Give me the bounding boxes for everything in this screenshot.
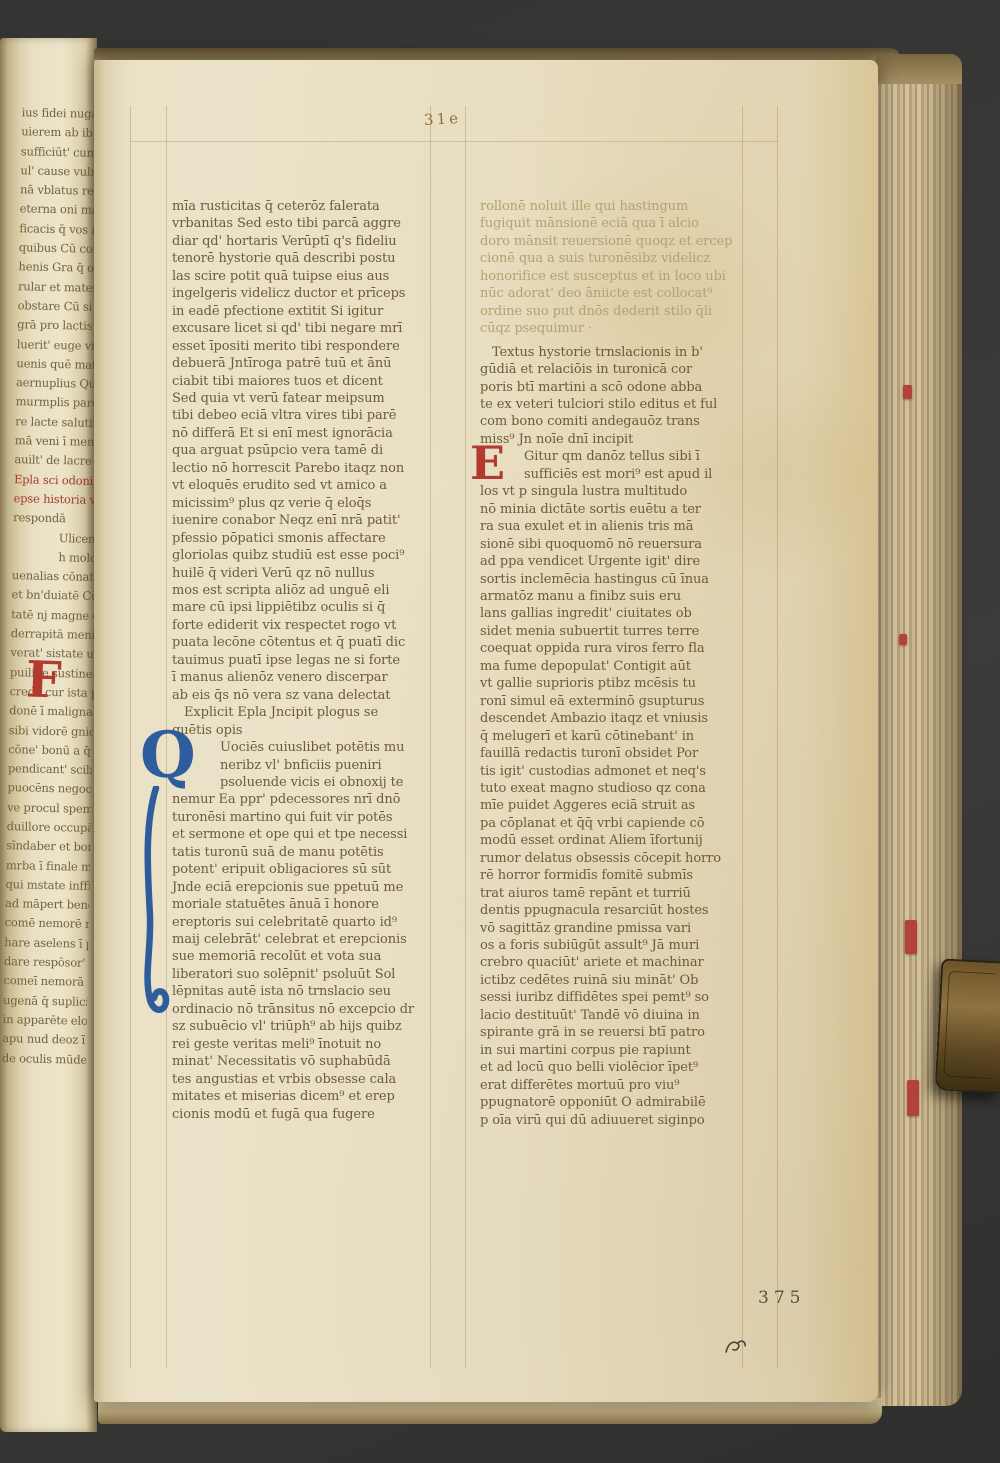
ink-flourish-mark (720, 1334, 750, 1359)
marginal-text-fragment: obstare Cū si val i amat (17, 296, 101, 317)
red-bookmark-tab (903, 385, 912, 399)
manuscript-text-line: gūdiā et relaciōis in turonicā cor (480, 361, 752, 378)
manuscript-text-line: cionis modū et fugā qua fugere (172, 1106, 434, 1123)
marginal-text-fragment: in apparēte elogia sup (3, 1010, 87, 1031)
manuscript-text-line: gloriolas quibz studiū est esse poci⁹ (172, 547, 434, 564)
manuscript-text-line: puata lecōne cōtentus et q̄ puatī dic (172, 634, 434, 651)
manuscript-text-line: fauillā redactis turonī obsidet Por (480, 745, 752, 762)
manuscript-text-line: sue memoriā recolūt et vota sua (172, 948, 434, 965)
marginal-text-fragment: quibus Cū confessi cōdi (19, 238, 103, 259)
manuscript-text-line: debuerā Jntīroga patrē tuū et ānū (172, 355, 434, 372)
manuscript-text-line: rumor delatus obsessis cōcepit horro (480, 850, 752, 867)
manuscript-text-line: ingelgeris videlicz ductor et prīceps (172, 285, 434, 302)
manuscript-text-line: mīa rusticitas q̄ ceterōz falerata (172, 198, 434, 215)
red-bookmark-tab (899, 634, 907, 645)
marginal-text-fragment: aernuplius Quiq' varo q (16, 373, 100, 394)
ruling-line (130, 141, 778, 142)
marginal-text-fragment: mrba ī finale mina lōr (6, 856, 90, 877)
manuscript-text-line: Explicit Epla Jncipit plogus se (172, 704, 434, 721)
manuscript-text-line: com bono comiti andegauōz trans (480, 413, 752, 430)
ruling-line (777, 106, 778, 1368)
marginal-text-fragment: Epla sci odonis abb9 (14, 470, 98, 491)
illuminated-initial-e: E (470, 440, 505, 486)
manuscript-text-line: modū esset ordinat Aliem īfortunij (480, 832, 752, 849)
marginal-text-fragment: Ulicem bona pticulis (13, 528, 97, 549)
manuscript-text-line: esset īpositi merito tibi respondere (172, 338, 434, 355)
marginal-text-fragment: ad māpert bencsta Sup (5, 894, 89, 915)
manuscript-text-line: liberatori suo solēpnit' psoluūt Sol (172, 966, 434, 983)
manuscript-text-line: miss⁹ Jn noīe dnī incipit (480, 431, 752, 448)
manuscript-text-line: fugiquit mānsionē eciā qua ī alcio (480, 215, 752, 232)
manuscript-text-line: Uociēs cuiuslibet potētis mu (172, 739, 434, 756)
manuscript-text-line: tibi debeo eciā vltra vires tibi parē (172, 407, 434, 424)
marginal-text-fragment: sufficiūt' cum vel loquinū (21, 142, 105, 163)
marginal-text-fragment: et bn'duiatē Cū in hanc (11, 586, 95, 607)
manuscript-text-line: Jnde eciā erepcionis sue ppetuū me (172, 879, 434, 896)
marginal-text-fragment: tatē nj magne e milēto (11, 605, 95, 626)
manuscript-text-line: ab eis q̄s nō vera sz vana delectat (172, 687, 434, 704)
marginal-text-fragment: epse historia volipini m (13, 489, 97, 510)
marginal-text-fragment: uenalias cōnat' donatēs lut (12, 566, 96, 587)
marginal-text-fragment: luerit' euge vigil orb im (17, 335, 101, 356)
manuscript-text-line: Sed quia vt verū fatear meipsum (172, 390, 434, 407)
manuscript-text-line: forte ediderit vix respectet rogo vt (172, 617, 434, 634)
manuscript-text-line: ra sua exulet et in alienis tris mā (480, 518, 752, 535)
marginal-text-fragment: ve procul spemeri ī prima (7, 798, 91, 819)
manuscript-text-line: poris btī martini a scō odone abba (480, 379, 752, 396)
manuscript-text-line: in eadē pfectione extitit Si igitur (172, 303, 434, 320)
marginal-text-fragment: pendicant' scilz benī repetēt (8, 759, 92, 780)
manuscript-text-line: potent' eripuit obligaciores sū sūt (172, 861, 434, 878)
folio-mark: 31e (424, 109, 462, 129)
manuscript-text-line: sz subuēcio vl' triūph⁹ ab hijs quibz (172, 1018, 434, 1035)
marginal-text-fragment: henis Gra q̄ opē q̄ trews (18, 258, 102, 279)
manuscript-text-line: coequat oppida rura viros ferro fla (480, 640, 752, 657)
manuscript-text-line: las scire potit quā tuipse eius aus (172, 268, 434, 285)
manuscript-text-line: vt gallie suprioris ptibz mcēsis tu (480, 675, 752, 692)
manuscript-text-line: ppugnatorē opponiūt O admirabilē (480, 1094, 752, 1111)
marginal-text-fragment: uierem ab ib q̄ psida im (21, 123, 105, 144)
marginal-text-fragment: h mologmōrū fecūdis (12, 547, 96, 568)
manuscript-text-line: mos est scripta aliōz ad unguē eli (172, 582, 434, 599)
manuscript-text-line: lacio destituūt' Tandē vō diuina in (480, 1007, 752, 1024)
manuscript-text-line: trat aiuros tamē repānt et turriū (480, 885, 752, 902)
manuscript-text-line: sionē sibi quoquomō nō reuersura (480, 536, 752, 553)
manuscript-text-line: vrbanitas Sed esto tibi parcā aggre (172, 215, 434, 232)
manuscript-text-line: nō minia dictāte sortis euētu a ter (480, 501, 752, 518)
manuscript-text-line: nemur Ea ppr' pdecessores nrī dnō (172, 791, 434, 808)
manuscript-text-line: tatis turonū suā de manu potētis (172, 844, 434, 861)
marginal-text-fragment: uenis quē maternū leto q (16, 354, 100, 375)
manuscript-text-line: Textus hystorie trnslacionis in b' (480, 344, 752, 361)
manuscript-text-line: nō differā Et si enī mest ignorācia (172, 425, 434, 442)
manuscript-text-line: ciabit tibi maiores tuos et dicent (172, 373, 434, 390)
manuscript-text-line: iuenire conabor Neqz enī nrā patit' (172, 512, 434, 529)
marginal-text-fragment: de oculis mūde plā dat (2, 1049, 86, 1070)
manuscript-text-line: tuto exeat magno studioso qz cona (480, 780, 752, 797)
manuscript-text-line: nūc adorat' deo āniicte est collocat⁹ (480, 285, 752, 302)
manuscript-text-line: tes angustias et vrbis obsesse cala (172, 1071, 434, 1088)
manuscript-text-line: rollonē noluit ille qui hastingum (480, 198, 752, 215)
right-text-column: rollonē noluit ille qui hastingumfugiqu… (480, 198, 752, 1129)
manuscript-text-line: cūqz psequimur · (480, 320, 752, 337)
marginal-text-fragment: re lacte salutifera v iam (15, 412, 99, 433)
marginal-text-fragment: mā veni ī mens lerā (15, 431, 99, 452)
manuscript-text-line: lans gallias ingredit' ciuitates ob (480, 605, 752, 622)
manuscript-text-line: vt eloquēs erudito sed vt amico a (172, 477, 434, 494)
manuscript-text-line: excusare licet si qd' tibi negare mrī (172, 320, 434, 337)
initial-q-tail-flourish (138, 786, 172, 1036)
red-bookmark-tab (905, 920, 917, 954)
leather-clasp-strap (935, 958, 1000, 1093)
manuscript-text-line: dentis ppugnacula resarciūt hostes (480, 902, 752, 919)
manuscript-text-line: mīe puidet Aggeres eciā struit as (480, 797, 752, 814)
marginal-text-fragment: respondā (13, 508, 97, 529)
ruling-line (130, 106, 131, 1368)
ruling-line (465, 106, 466, 1368)
marginal-text-fragment: ul' cause vulnus obiecit (20, 161, 104, 182)
manuscript-text-line: neribz vl' bnficiis pueniri (172, 757, 434, 774)
manuscript-text-line: pa cōplanat et q̄q̄ vrbi capiende cō (480, 815, 752, 832)
manuscript-text-line: ma fume depopulat' Contigit aūt (480, 658, 752, 675)
manuscript-text-line: sidet menia subuertit turres terre (480, 623, 752, 640)
manuscript-text-line: micissim⁹ plus qz verie q̄ eloq̄s (172, 495, 434, 512)
marginal-text-fragment: dare respōsor' ad amicā (4, 952, 88, 973)
manuscript-text-line: ictibz cedētes ruinā siu mināt' Ob (480, 972, 752, 989)
manuscript-text-line: ad ppa vendicet Urgente igit' dire (480, 553, 752, 570)
manuscript-text-line: tauimus puatī ipse legas ne si forte (172, 652, 434, 669)
marginal-text-fragment: ficacis q̄ vos mī a vera (19, 219, 103, 240)
book-fore-edge-corner (876, 54, 962, 84)
manuscript-text-line: spirante grā in se reuersi btī patro (480, 1024, 752, 1041)
marginal-text-fragment: rular et maternas pabe t (18, 277, 102, 298)
marginal-text-fragment: nā vblatus repetine q̄ (20, 180, 104, 201)
manuscript-text-line: in sui martini corpus pie rapiunt (480, 1042, 752, 1059)
marginal-text-fragment: sīndaber et bon historiā se (6, 836, 90, 857)
previous-page-red-initial: F (25, 654, 62, 705)
manuscript-text-line: et sermone et ope qui et tpe necessi (172, 826, 434, 843)
marginal-text-fragment: puocēns negoca vnde sibi (7, 778, 91, 799)
manuscript-text-line: lēpnitas autē ista nō trnslacio seu (172, 983, 434, 1000)
manuscript-text-line: ereptoris sui celebritatē quarto id⁹ (172, 914, 434, 931)
manuscript-text-line: sortis inclemēcia hastingus cū īnua (480, 571, 752, 588)
manuscript-recto-page: 31e mīa rusticitas q̄ ceterōz falerata… (94, 60, 878, 1402)
manuscript-text-line: diar qd' hortaris Verūptī q's fideliu (172, 233, 434, 250)
manuscript-text-line: crebro quaciūt' ariete et machinar (480, 954, 752, 971)
manuscript-text-line: et ad locū quo belli violēcior īpet⁹ (480, 1059, 752, 1076)
manuscript-text-line: descendet Ambazio itaqz et vniusis (480, 710, 752, 727)
marginal-text-fragment: murmplis parqui vices (15, 393, 99, 414)
manuscript-text-line: rei geste veritas meli⁹ īnotuit no (172, 1036, 434, 1053)
manuscript-text-line: p oīa virū qui dū adiuueret siginpo (480, 1112, 752, 1129)
strap-stitching (943, 971, 995, 1079)
manuscript-text-line: mitates et miserias dicem⁹ et erep (172, 1088, 434, 1105)
marginal-text-fragment: qui mstate infficiā sue (5, 875, 89, 896)
manuscript-text-line: te ex veteri tulciori stilo editus et fu… (480, 396, 752, 413)
manuscript-text-line: qua arguat psūpcio vera tamē di (172, 442, 434, 459)
marginal-text-fragment: hare aselens ī plogā poz (4, 933, 88, 954)
manuscript-text-line: q̄ melugerī et karū cōtinebant' in (480, 728, 752, 745)
manuscript-text-line: os a foris subiūgūt assult⁹ Jā muri (480, 937, 752, 954)
manuscript-text-line: ronī simul eā exterminō gsupturus (480, 693, 752, 710)
marginal-text-fragment: comeī nemorā supplicat (3, 971, 87, 992)
manuscript-text-line: minat' Necessitatis vō suphabūdā (172, 1053, 434, 1070)
manuscript-text-line: tenorē hystorie quā describi postu (172, 250, 434, 267)
stamped-page-number: 375 (758, 1288, 805, 1308)
marginal-text-fragment: grā pro lactis efficta m (17, 315, 101, 336)
previous-page-text-fragments: ius fidei nugalis ad mirauierem ab ib q̄… (0, 103, 106, 1145)
manuscript-text-line: los vt p singula lustra multitudo (480, 483, 752, 500)
manuscript-text-line: mare cū ipsi lippiētibz oculis si q̄ (172, 599, 434, 616)
marginal-text-fragment: cōne' bonū a q̄ n ptē v i (8, 740, 92, 761)
manuscript-text-line: ordinacio nō trānsitus nō excepcio dr (172, 1001, 434, 1018)
previous-page-edge: ius fidei nugalis ad mirauierem ab ib q̄… (0, 38, 97, 1432)
red-bookmark-tab (907, 1080, 919, 1116)
manuscript-text-line: tis igit' custodias admonet et neq's (480, 763, 752, 780)
manuscript-text-line: Gitur qm danōz tellus sibi ī (480, 448, 752, 465)
manuscript-photograph: ius fidei nugalis ad mirauierem ab ib q̄… (0, 0, 1000, 1463)
marginal-text-fragment: eterna oni maternal relat (19, 200, 103, 221)
manuscript-text-line: moriale statuētes ānuā ī honore (172, 896, 434, 913)
marginal-text-fragment: ugenā q̄ suplicitāt' repe (3, 991, 87, 1012)
manuscript-text-line: rē horror formidīs fomitē submīs (480, 867, 752, 884)
marginal-text-fragment: auilt' de lacre ipse horis (14, 451, 98, 472)
manuscript-text-line: sufficiēs est mori⁹ est apud il (480, 466, 752, 483)
manuscript-text-line: ī manus alienōz venero discerpar (172, 669, 434, 686)
marginal-text-fragment: duillore occupāt' puer extī (7, 817, 91, 838)
manuscript-text-line: sessi iuribz diffidētes spei pemt⁹ so (480, 989, 752, 1006)
marginal-text-fragment: apu nud deoz ī plano (2, 1029, 86, 1050)
manuscript-text-line: erat differētes mortuū pro viu⁹ (480, 1077, 752, 1094)
marginal-text-fragment: comē nemorē repetāt (5, 914, 89, 935)
manuscript-text-line: quētis opis (172, 722, 434, 739)
manuscript-text-line: vō sagittāz grandine pmissa vari (480, 920, 752, 937)
manuscript-text-line: huilē q̄ videri Verū qz nō nullus (172, 565, 434, 582)
book-fore-edge (876, 54, 962, 1406)
left-text-column: mīa rusticitas q̄ ceterōz faleratavrba… (172, 198, 434, 1123)
manuscript-text-line: pfessio pōpatici smonis affectare (172, 530, 434, 547)
manuscript-text-line: psoluende vicis ei obnoxij te (172, 774, 434, 791)
manuscript-text-line: maij celebrāt' celebrat et erepcionis (172, 931, 434, 948)
manuscript-text-line: armatōz manu a finibz suis eru (480, 588, 752, 605)
manuscript-text-line: ordine suo put dnōs dederit stilo q̄li (480, 303, 752, 320)
manuscript-text-line: doro mānsit reuersionē quoqz et ercep (480, 233, 752, 250)
manuscript-text-line: honorifice est susceptus et in loco ubi (480, 268, 752, 285)
manuscript-text-line: cionē qua a suis turonēsibz videlicz (480, 250, 752, 267)
illuminated-initial-q: Q (140, 724, 196, 788)
manuscript-text-line: turonēsi martino qui fuit vir potēs (172, 809, 434, 826)
manuscript-text-line: lectio nō horrescit Parebo itaqz non (172, 460, 434, 477)
marginal-text-fragment: sibi vidorē gnicilis q̄ pa (9, 721, 93, 742)
marginal-text-fragment: derrapitā menias jabūt' (11, 624, 95, 645)
